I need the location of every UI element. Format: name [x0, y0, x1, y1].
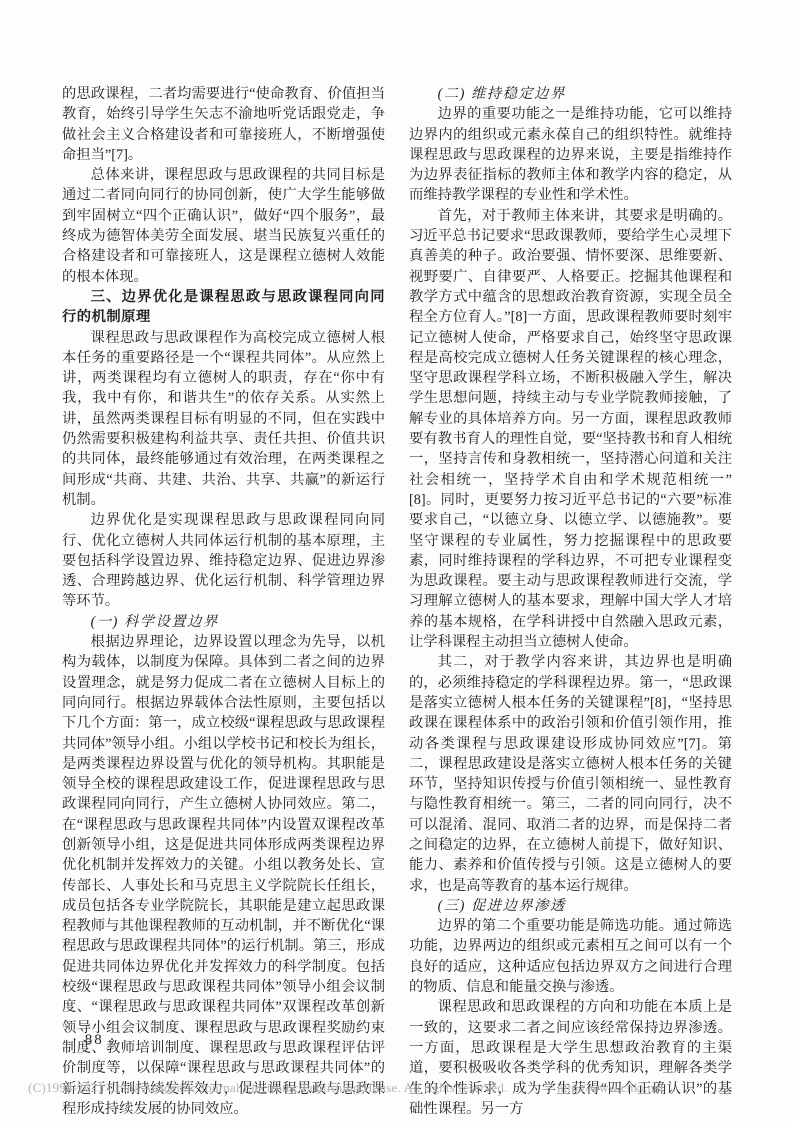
paragraph: 边界的重要功能之一是维持功能，它可以维持边界内的组织或元素永葆自己的组织特性。就… — [409, 104, 732, 205]
paragraph: 课程思政与思政课程作为高校完成立德树人根本任务的重要路径是一个“课程共同体”。从… — [62, 328, 385, 511]
subsection-heading: (三) 促进边界渗透 — [409, 896, 732, 916]
paragraph: 边界优化是实现课程思政与思政课程同向同行、优化立德树人共同体运行机制的基本原理，… — [62, 510, 385, 611]
paragraph: 边界的第二个重要功能是筛选功能。通过筛选功能，边界两边的组织或元素相互之间可以有… — [409, 916, 732, 997]
paragraph: 课程思政和思政课程的方向和功能在本质上是一致的，这要求二者之间应该经常保持边界渗… — [409, 997, 732, 1119]
copyright-text: (C)1994-2021 China Academic Journal Elec… — [28, 1080, 508, 1096]
left-column: 的思政课程，二者均需要进行“使命教育、价值担当教育，始终引导学生矢志不渝地听党话… — [62, 84, 385, 1119]
paragraph: 首先，对于教师主体来讲，其要求是明确的。习近平总书记要求“思政课教师，要给学生心… — [409, 206, 732, 653]
page-number: · 88 · — [72, 1032, 117, 1049]
subsection-heading: (二) 维持稳定边界 — [409, 84, 732, 104]
subsection-heading: (一) 科学设置边界 — [62, 612, 385, 632]
footer: (C)1994-2021 China Academic Journal Elec… — [28, 1080, 664, 1096]
two-column-text-area: 的思政课程，二者均需要进行“使命教育、价值担当教育，始终引导学生矢志不渝地听党话… — [62, 84, 732, 1119]
footer-url: http://www.cnki.net — [557, 1080, 664, 1096]
right-column: (二) 维持稳定边界 边界的重要功能之一是维持功能，它可以维持边界内的组织或元素… — [409, 84, 732, 1119]
paragraph-continued: 的思政课程，二者均需要进行“使命教育、价值担当教育，始终引导学生矢志不渝地听党话… — [62, 84, 385, 165]
section-heading: 三、边界优化是课程思政与思政课程同向同行的机制原理 — [62, 287, 385, 328]
paragraph: 总体来讲，课程思政与思政课程的共同目标是通过二者同向同行的协同创新，使广大学生能… — [62, 165, 385, 287]
paragraph: 其二，对于教学内容来讲，其边界也是明确的，必须维持稳定的学科课程边界。第一，“思… — [409, 652, 732, 896]
document-page: 的思政课程，二者均需要进行“使命教育、价值担当教育，始终引导学生矢志不渝地听党话… — [0, 0, 794, 1123]
